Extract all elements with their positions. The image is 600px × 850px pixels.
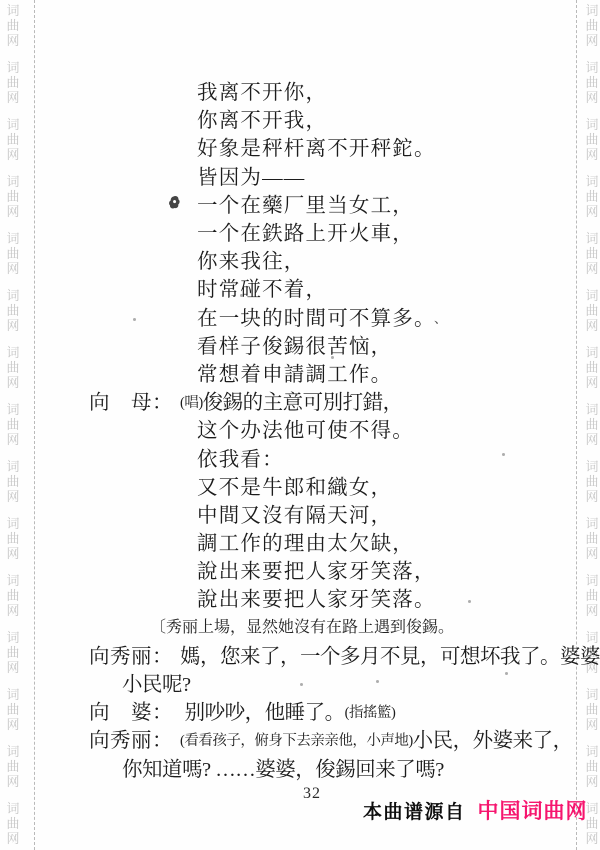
script-line: 一个在鉄路上开火車，	[0, 217, 600, 245]
line-text: 媽，您来了，一个多月不見，可想坏我了。婆婆，	[180, 639, 600, 669]
line-text: 〔秀丽上場，显然她沒有在路上遇到俊錫。	[150, 614, 454, 637]
speaker-label: 向秀丽：	[89, 723, 173, 753]
source-site-name: 中国词曲网	[478, 795, 588, 825]
scan-speck	[376, 680, 379, 683]
script-line: 說出来要把人家牙笑落。	[0, 583, 600, 611]
line-text: 中間又沒有隔天河，	[197, 498, 392, 528]
scanned-script-page: 词曲网词曲网词曲网词曲网词曲网词曲网词曲网词曲网词曲网词曲网词曲网词曲网词曲网词…	[0, 0, 600, 850]
watermark-char: 网	[6, 33, 19, 48]
line-text: 看样子俊錫很苦恼，	[197, 329, 392, 359]
scan-speck	[468, 600, 471, 603]
line-text: 别吵吵，他睡了。	[180, 695, 345, 725]
line-text: 你知道嗎? ……婆婆，俊錫回来了嗎?	[122, 752, 444, 782]
stray-punctuation-mark: 、	[434, 308, 447, 327]
line-text: 依我看：	[197, 442, 284, 472]
line-text: 俊錫的主意可別打錯，	[203, 385, 403, 415]
page-number: 32	[303, 785, 321, 803]
script-line: 向秀丽：媽，您来了，一个多月不見，可想坏我了。婆婆，	[0, 640, 600, 668]
line-text: 一个在鉄路上开火車，	[197, 216, 414, 246]
line-text: 小民，外婆来了，	[413, 723, 573, 753]
line-text: 你离不开我，	[197, 103, 327, 133]
scan-speck	[300, 683, 303, 686]
watermark-char: 曲	[6, 18, 19, 33]
watermark-char: 网	[585, 33, 598, 48]
script-line: 〔秀丽上場，显然她沒有在路上遇到俊錫。	[0, 612, 600, 640]
line-text: 这个办法他可使不得。	[197, 413, 414, 443]
scan-speck	[505, 672, 508, 675]
scan-speck	[331, 356, 334, 359]
watermark-char: 曲	[585, 18, 598, 33]
line-text: 皆因为——	[197, 160, 306, 190]
speaker-label: 向 婆：	[89, 695, 173, 725]
line-text: 一个在藥厂里当女工，	[197, 188, 414, 218]
script-line: 在一块的时間可不算多。	[0, 302, 600, 330]
stage-direction-note: (唱)	[180, 389, 203, 412]
script-line: 向 婆： 别吵吵，他睡了。(指搖籃)	[0, 696, 600, 724]
script-line: 中間又沒有隔天河，	[0, 499, 600, 527]
line-text: 在一块的时間可不算多。	[197, 301, 436, 331]
stage-direction-note: (指搖籃)	[345, 699, 396, 722]
script-line: 又不是牛郎和織女，	[0, 471, 600, 499]
script-line: 我离不开你，	[0, 76, 600, 104]
source-prefix-label: 本曲谱源自	[363, 797, 466, 824]
script-line: 調工作的理由太欠缺，	[0, 527, 600, 555]
script-line: 好象是秤杆离不开秤鉈。	[0, 132, 600, 160]
script-line: 常想着申請調工作。	[0, 358, 600, 386]
line-text: 說出来要把人家牙笑落，	[197, 554, 436, 584]
line-text: 时常碰不着，	[197, 272, 327, 302]
line-text: 你来我往，	[197, 244, 306, 274]
script-line: 你离不开我，	[0, 104, 600, 132]
script-line: 向秀丽：(看看孩子，俯身下去亲亲他，小声地)小民，外婆来了，	[0, 724, 600, 752]
watermark-char: 词	[6, 3, 19, 18]
script-line: 向 母：(唱)俊錫的主意可別打錯，	[0, 386, 600, 414]
line-text: 說出来要把人家牙笑落。	[197, 582, 436, 612]
script-line: 这个办法他可使不得。	[0, 414, 600, 442]
watermark-char: 曲	[6, 816, 19, 831]
watermark-char: 词	[6, 801, 19, 816]
watermark-group: 词曲网	[6, 3, 19, 48]
watermark-char: 网	[585, 831, 598, 846]
watermark-group: 词曲网	[6, 801, 19, 846]
watermark-char: 词	[585, 3, 598, 18]
line-text: 常想着申請調工作。	[197, 357, 392, 387]
line-text: 小民呢?	[122, 667, 191, 697]
script-body: 我离不开你，你离不开我，好象是秤杆离不开秤鉈。皆因为——一个在藥厂里当女工，一个…	[0, 76, 600, 781]
scan-speck	[133, 318, 136, 321]
watermark-group: 词曲网	[585, 3, 598, 48]
script-line: 一个在藥厂里当女工，	[0, 189, 600, 217]
script-line: 看样子俊錫很苦恼，	[0, 330, 600, 358]
ink-blot-icon	[167, 195, 182, 211]
script-line: 小民呢?	[0, 668, 600, 696]
speaker-label: 向秀丽：	[89, 639, 173, 669]
watermark-char: 词	[585, 60, 598, 75]
script-line: 說出来要把人家牙笑落，	[0, 555, 600, 583]
script-line: 你来我往，	[0, 245, 600, 273]
line-text: 我离不开你，	[197, 75, 327, 105]
script-line: 依我看：	[0, 442, 600, 470]
line-text: 又不是牛郎和織女，	[197, 470, 392, 500]
speaker-label: 向 母：	[89, 385, 173, 415]
scan-speck	[240, 294, 243, 297]
script-line: 时常碰不着，	[0, 273, 600, 301]
script-line: 皆因为——	[0, 161, 600, 189]
scan-speck	[502, 453, 505, 456]
watermark-char: 词	[6, 60, 19, 75]
script-line: 你知道嗎? ……婆婆，俊錫回来了嗎?	[0, 753, 600, 781]
stage-direction-note: (看看孩子，俯身下去亲亲他，小声地)	[180, 727, 413, 750]
source-footer: 本曲谱源自 中国词曲网	[363, 795, 588, 825]
watermark-char: 网	[6, 831, 19, 846]
line-text: 調工作的理由太欠缺，	[197, 526, 414, 556]
line-text: 好象是秤杆离不开秤鉈。	[197, 131, 436, 161]
